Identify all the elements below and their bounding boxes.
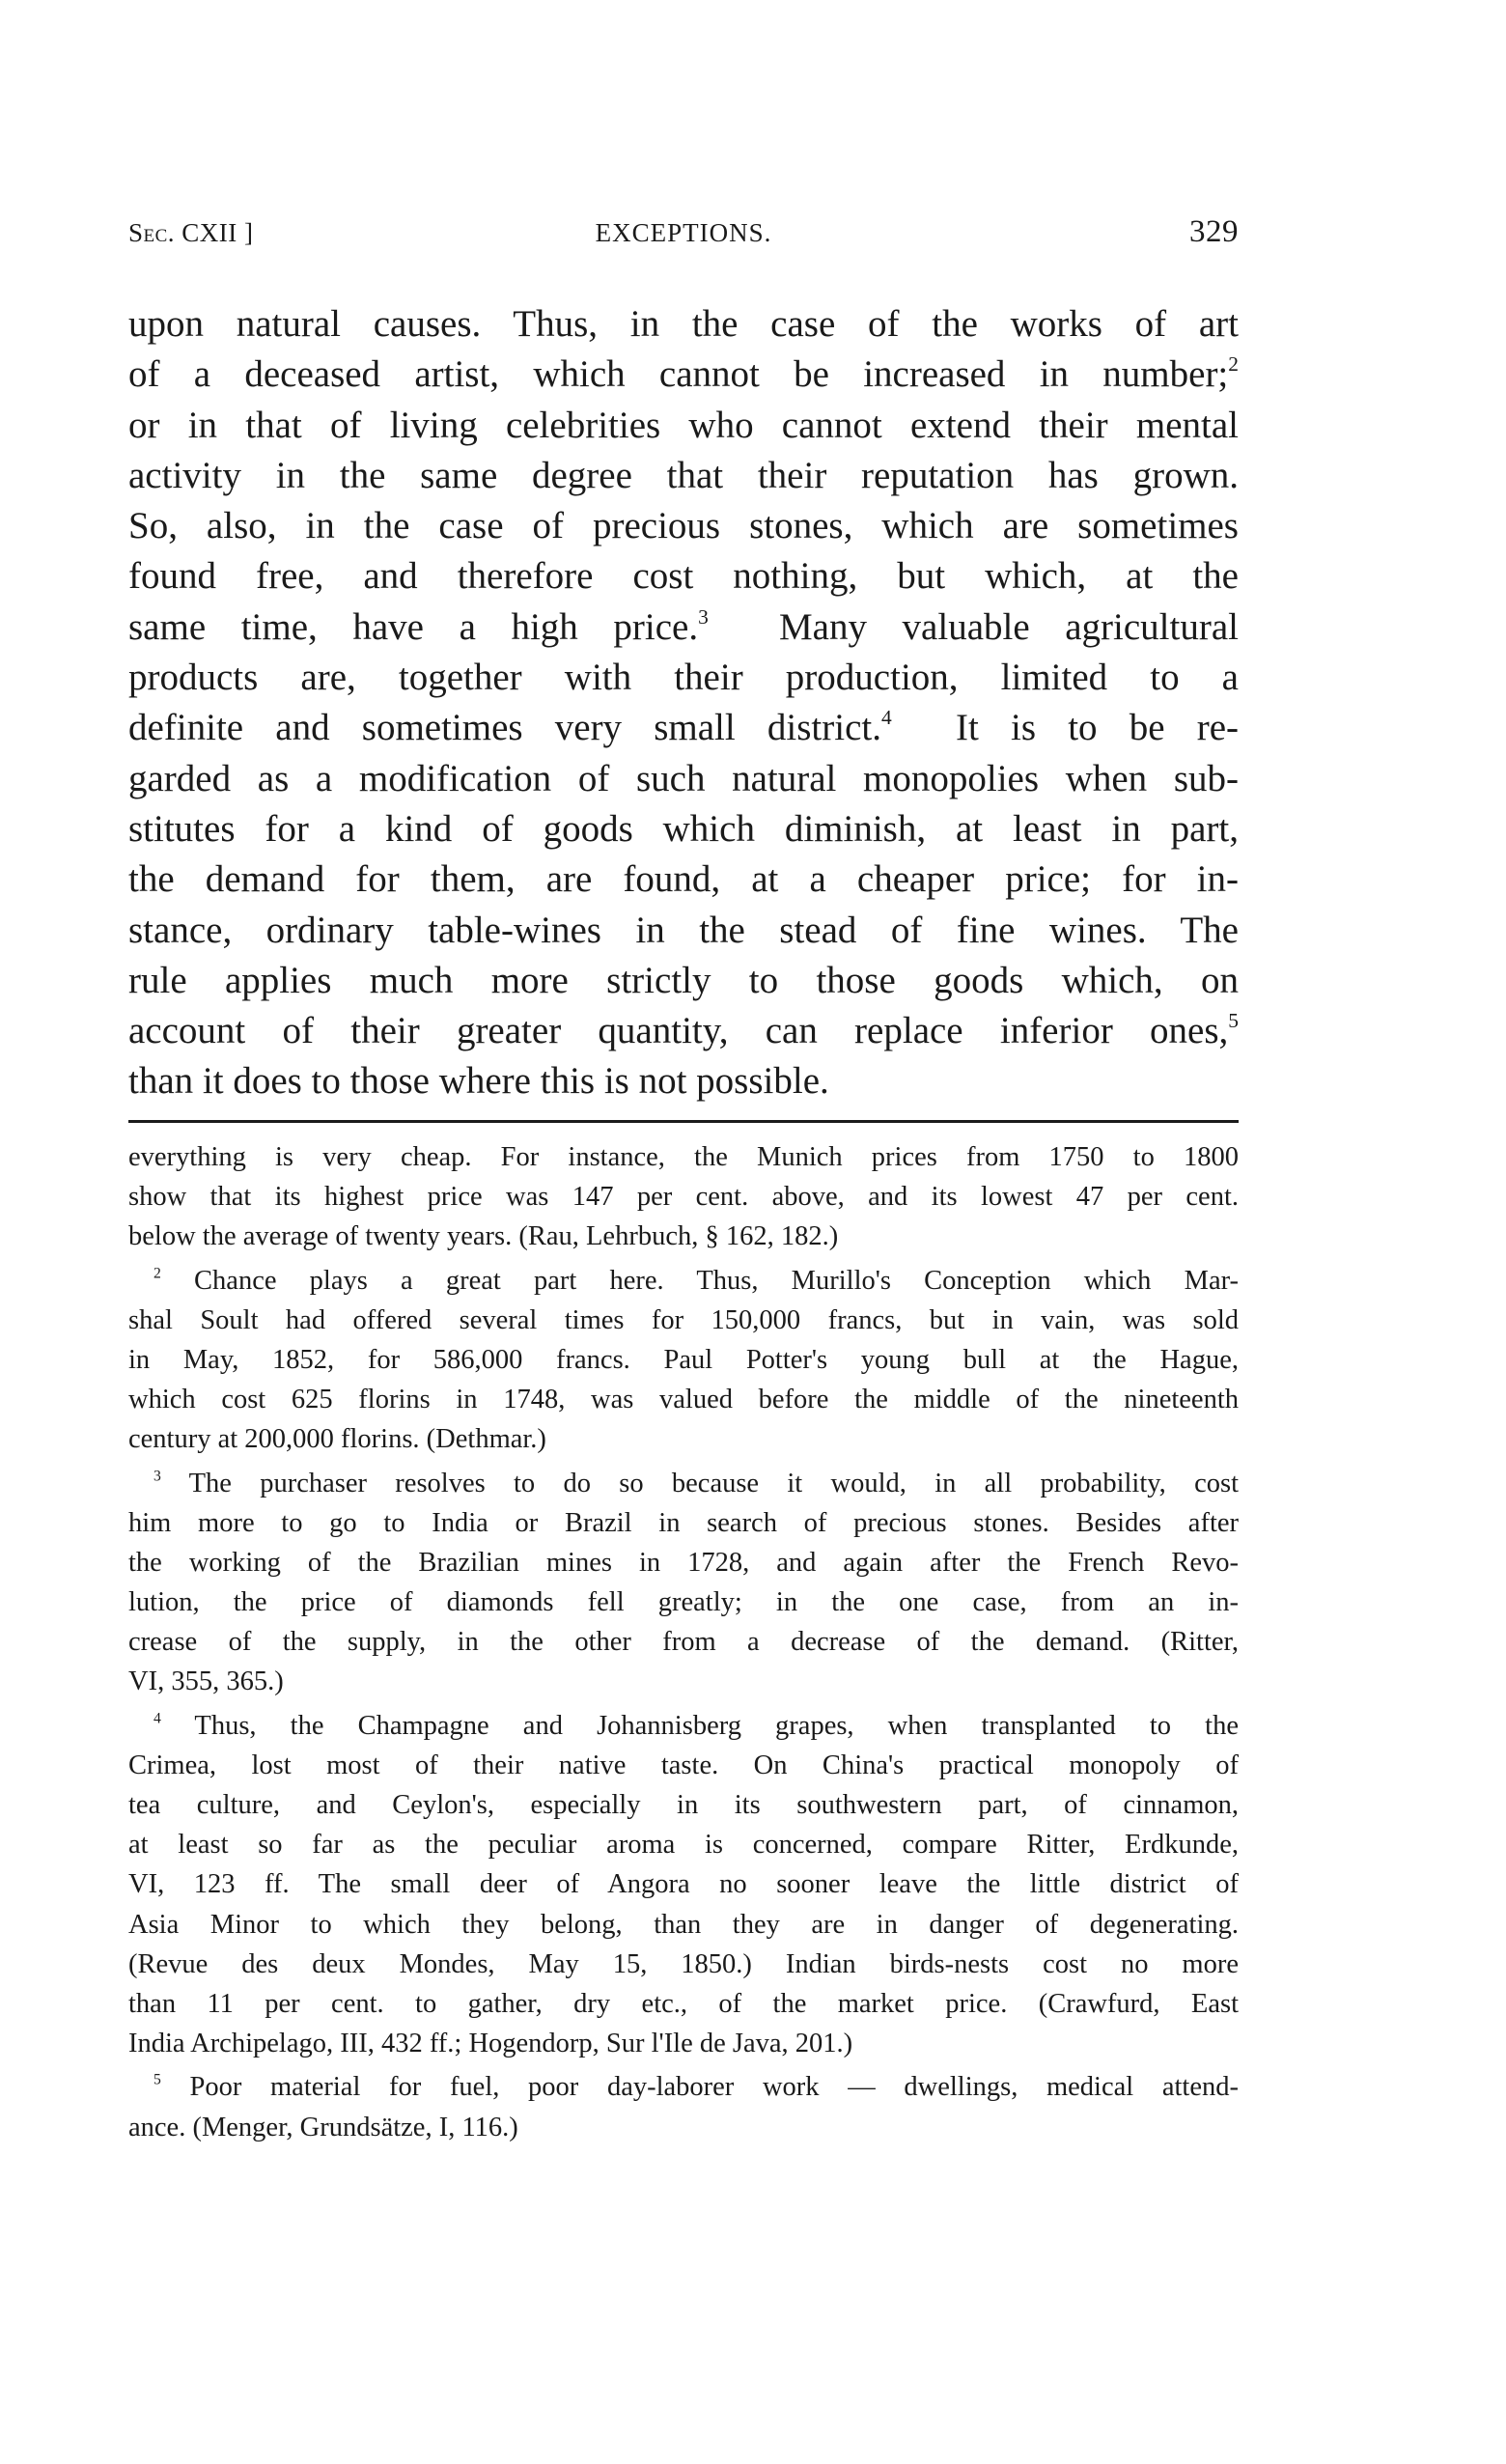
footnote-line: India Archipelago, III, 432 ff.; Hogendo…: [128, 2024, 1239, 2063]
footnote-line: tea culture, and Ceylon's, especially in…: [128, 1785, 1239, 1825]
page-number: 329: [1189, 214, 1239, 250]
footnote-line: him more to go to India or Brazil in sea…: [128, 1503, 1239, 1543]
footnote-marker: 2: [153, 1265, 161, 1281]
footnote-ref: 2: [1228, 352, 1239, 376]
text-line: stitutes for a kind of goods which dimin…: [128, 804, 1239, 854]
footnote-5: 5 Poor material for fuel, poor day-labor…: [128, 2067, 1239, 2146]
footnote-line: 5 Poor material for fuel, poor day-labor…: [128, 2067, 1239, 2107]
text-line: definite and sometimes very small distri…: [128, 703, 1239, 753]
footnote-line: show that its highest price was 147 per …: [128, 1177, 1239, 1217]
text-line: than it does to those where this is not …: [128, 1056, 1239, 1106]
footnote-line: than 11 per cent. to gather, dry etc., o…: [128, 1984, 1239, 2024]
text-line: found free, and therefore cost nothing, …: [128, 551, 1239, 602]
text-line: products are, together with their produc…: [128, 653, 1239, 703]
footnote-divider: [128, 1120, 1239, 1123]
footnote-line: shal Soult had offered several times for…: [128, 1301, 1239, 1340]
text-line: So, also, in the case of precious stones…: [128, 501, 1239, 551]
footnote-line: 2 Chance plays a great part here. Thus, …: [128, 1261, 1239, 1301]
footnote-line: which cost 625 florins in 1748, was valu…: [128, 1380, 1239, 1419]
footnote-marker: 4: [153, 1710, 161, 1726]
footnote-line: lution, the price of diamonds fell great…: [128, 1582, 1239, 1622]
footnote-4: 4 Thus, the Champagne and Johannisberg g…: [128, 1706, 1239, 2064]
text-line: the demand for them, are found, at a che…: [128, 854, 1239, 905]
text-line: or in that of living celebrities who can…: [128, 401, 1239, 451]
chapter-title: EXCEPTIONS.: [128, 218, 1239, 248]
text-line: activity in the same degree that their r…: [128, 451, 1239, 501]
footnote-line: ance. (Menger, Grundsätze, I, 116.): [128, 2108, 1239, 2147]
footnote-marker: 5: [153, 2072, 161, 2088]
text-line: upon natural causes. Thus, in the case o…: [128, 299, 1239, 350]
footnote-line: 3 The purchaser resolves to do so becaus…: [128, 1464, 1239, 1503]
footnote-line: Crimea, lost most of their native taste.…: [128, 1746, 1239, 1785]
footnote-marker: 3: [153, 1468, 161, 1484]
footnote-line: century at 200,000 florins. (Dethmar.): [128, 1419, 1239, 1459]
footnote-ref: 5: [1228, 1009, 1239, 1032]
text-line: same time, have a high price.3 Many valu…: [128, 602, 1239, 653]
running-head: Sec. CXII ] EXCEPTIONS. 329: [128, 214, 1239, 253]
footnote-line: VI, 355, 365.): [128, 1662, 1239, 1701]
footnote-line: (Revue des deux Mondes, May 15, 1850.) I…: [128, 1945, 1239, 1984]
text-line: of a deceased artist, which cannot be in…: [128, 350, 1239, 400]
footnote-line: at least so far as the peculiar aroma is…: [128, 1825, 1239, 1864]
footnote-line: crease of the supply, in the other from …: [128, 1622, 1239, 1662]
main-text: upon natural causes. Thus, in the case o…: [128, 299, 1239, 1107]
text-line: account of their greater quantity, can r…: [128, 1006, 1239, 1056]
text-line: garded as a modification of such natural…: [128, 754, 1239, 804]
footnote-line: everything is very cheap. For instance, …: [128, 1137, 1239, 1177]
footnote-line: below the average of twenty years. (Rau,…: [128, 1217, 1239, 1256]
footnote-line: in May, 1852, for 586,000 francs. Paul P…: [128, 1340, 1239, 1380]
footnote-1-continued: everything is very cheap. For instance, …: [128, 1137, 1239, 1257]
footnotes: everything is very cheap. For instance, …: [128, 1137, 1239, 2151]
text-line: rule applies much more strictly to those…: [128, 956, 1239, 1006]
footnote-ref: 3: [698, 605, 709, 629]
footnote-3: 3 The purchaser resolves to do so becaus…: [128, 1464, 1239, 1702]
footnote-line: VI, 123 ff. The small deer of Angora no …: [128, 1864, 1239, 1904]
footnote-line: the working of the Brazilian mines in 17…: [128, 1543, 1239, 1582]
footnote-line: 4 Thus, the Champagne and Johannisberg g…: [128, 1706, 1239, 1746]
footnote-ref: 4: [881, 706, 892, 729]
text-line: stance, ordinary table-wines in the stea…: [128, 906, 1239, 956]
footnote-2: 2 Chance plays a great part here. Thus, …: [128, 1261, 1239, 1460]
footnote-line: Asia Minor to which they belong, than th…: [128, 1905, 1239, 1945]
